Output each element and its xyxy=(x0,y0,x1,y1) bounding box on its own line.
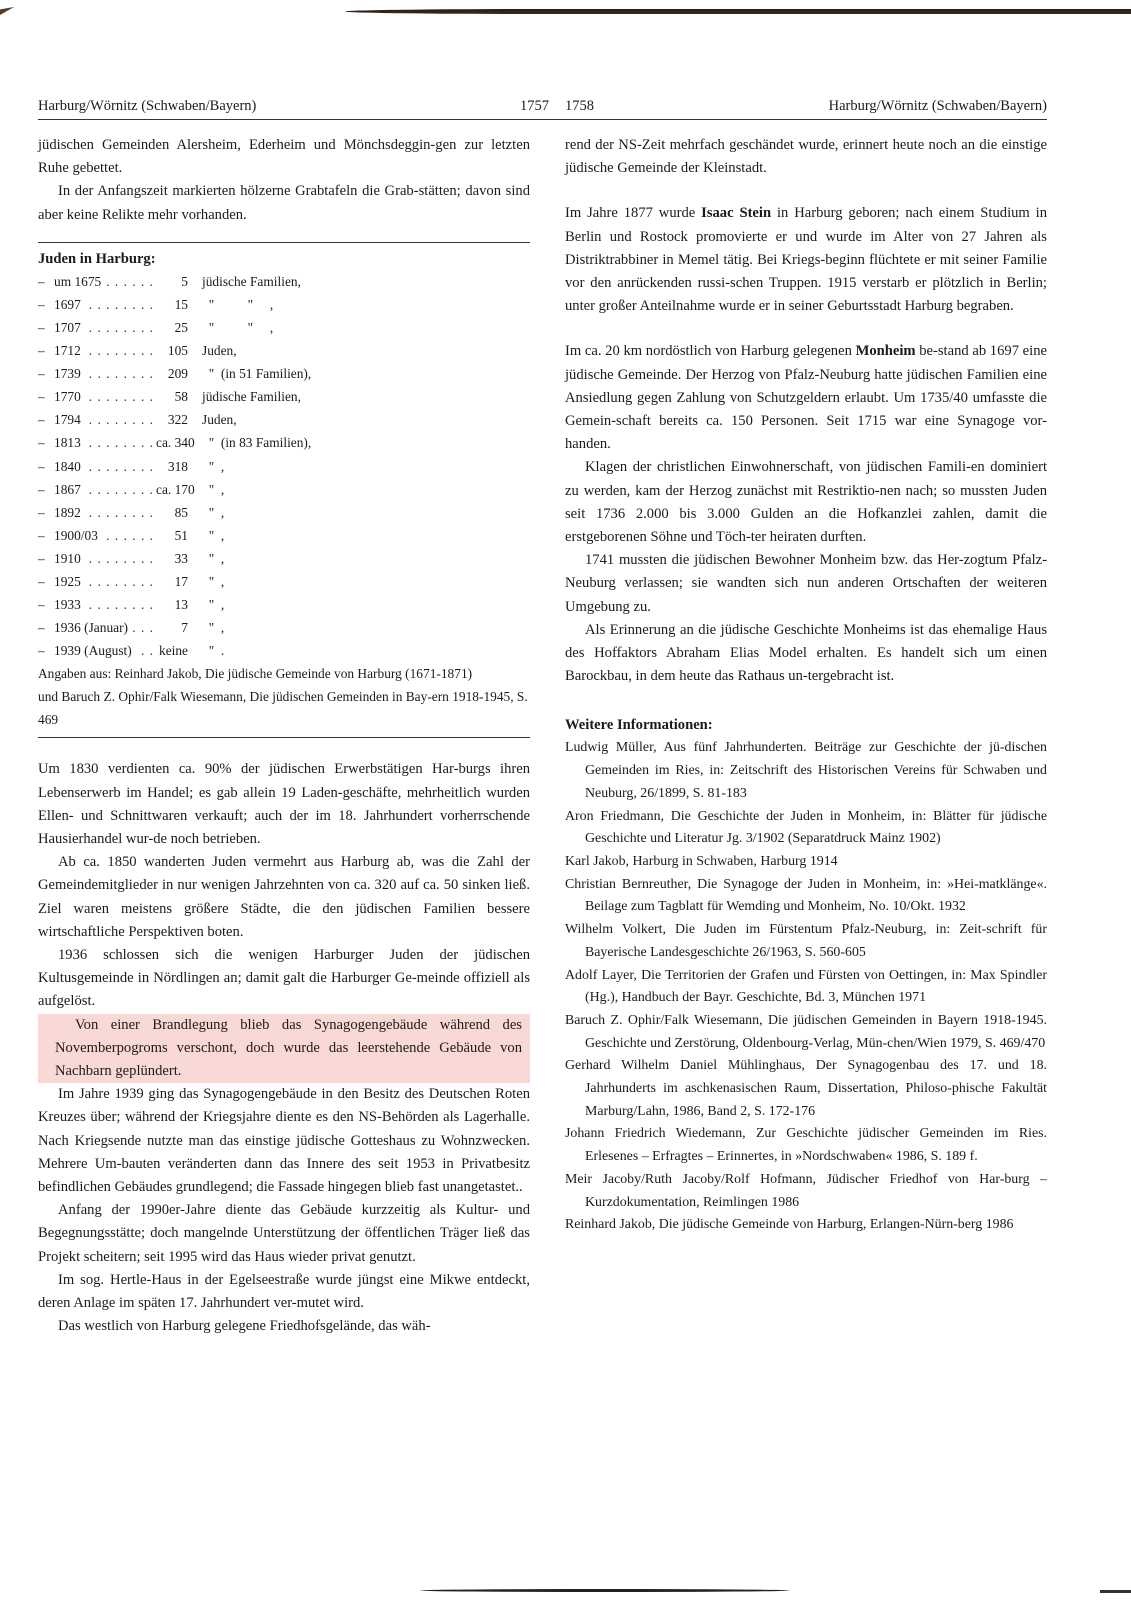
row-dash: – xyxy=(38,293,54,316)
body-column: rend der NS-Zeit mehrfach geschändet wur… xyxy=(565,134,1047,1237)
paragraph: Das westlich von Harburg gelegene Friedh… xyxy=(38,1315,530,1338)
isaac-stein-paragraph: Im Jahre 1877 wurde Isaac Stein in Harbu… xyxy=(565,202,1047,318)
stats-row: –um 16755jüdische Familien, xyxy=(38,270,530,293)
bibliography-item: Christian Bernreuther, Die Synagoge der … xyxy=(565,874,1047,919)
row-value: keine xyxy=(152,639,188,662)
stats-row: –1900/0351 " , xyxy=(38,524,530,547)
stats-row: –169715 " " , xyxy=(38,293,530,316)
stats-row: –189285 " , xyxy=(38,501,530,524)
row-description: " , xyxy=(188,501,224,524)
row-value: 322 xyxy=(152,408,188,431)
stats-row: –192517 " , xyxy=(38,570,530,593)
bibliography-item: Reinhard Jakob, Die jüdische Gemeinde vo… xyxy=(565,1214,1047,1237)
stats-title: Juden in Harburg: xyxy=(38,248,530,270)
row-value: 7 xyxy=(152,616,188,639)
bibliography-title: Weitere Informationen: xyxy=(565,714,1047,737)
row-dash: – xyxy=(38,570,54,593)
row-value: 58 xyxy=(152,385,188,408)
running-head: Harburg/Wörnitz (Schwaben/Bayern) 1757 xyxy=(38,93,583,120)
row-value: 85 xyxy=(152,501,188,524)
stats-source: Angaben aus: Reinhard Jakob, Die jüdisch… xyxy=(38,662,530,685)
row-value: 17 xyxy=(152,570,188,593)
row-dash: – xyxy=(38,431,54,454)
row-value: 25 xyxy=(152,316,188,339)
stats-row: –1739209 " (in 51 Familien), xyxy=(38,362,530,385)
row-dash: – xyxy=(38,385,54,408)
row-description: " , xyxy=(188,616,224,639)
bibliography-item: Gerhard Wilhelm Daniel Mühlinghaus, Der … xyxy=(565,1055,1047,1123)
paragraph: jüdischen Gemeinden Alersheim, Ederheim … xyxy=(38,134,530,180)
stats-table: –um 16755jüdische Familien,–169715 " " ,… xyxy=(38,270,530,663)
paragraph: 1936 schlossen sich die wenigen Harburge… xyxy=(38,944,530,1014)
stats-row: –1867ca. 170 " , xyxy=(38,478,530,501)
left-page: Harburg/Wörnitz (Schwaben/Bayern) 1757 j… xyxy=(38,93,530,1338)
paragraph: Klagen der christlichen Einwohnerschaft,… xyxy=(565,456,1047,549)
bibliography-item: Aron Friedmann, Die Geschichte der Juden… xyxy=(565,806,1047,851)
paragraph: Im Jahre 1939 ging das Synagogengebäude … xyxy=(38,1083,530,1199)
row-description: " , xyxy=(188,455,224,478)
row-value: 15 xyxy=(152,293,188,316)
body-column: jüdischen Gemeinden Alersheim, Ederheim … xyxy=(38,134,530,1338)
row-dash: – xyxy=(38,593,54,616)
row-description: " " , xyxy=(188,316,273,339)
row-value: ca. 170 xyxy=(152,478,188,501)
bibliography-item: Baruch Z. Ophir/Falk Wiesemann, Die jüdi… xyxy=(565,1010,1047,1055)
row-value: 318 xyxy=(152,455,188,478)
stats-row: –1936 (Januar)7 " , xyxy=(38,616,530,639)
paragraph: Im sog. Hertle-Haus in der Egelseestraße… xyxy=(38,1269,530,1315)
row-value: 105 xyxy=(152,339,188,362)
place-name: Monheim xyxy=(856,343,916,359)
bibliography-item: Karl Jakob, Harburg in Schwaben, Harburg… xyxy=(565,851,1047,874)
stats-row: –191033 " , xyxy=(38,547,530,570)
row-description: " . xyxy=(188,639,224,662)
row-description: " (in 83 Familien), xyxy=(188,431,311,454)
row-dash: – xyxy=(38,455,54,478)
row-value: 13 xyxy=(152,593,188,616)
paragraph: Anfang der 1990er-Jahre diente das Gebäu… xyxy=(38,1199,530,1269)
row-dash: – xyxy=(38,501,54,524)
row-description: " , xyxy=(188,547,224,570)
monheim-paragraph: Im ca. 20 km nordöstlich von Harburg gel… xyxy=(565,340,1047,456)
row-description: jüdische Familien, xyxy=(188,270,301,293)
stats-row: –1712105Juden, xyxy=(38,339,530,362)
bibliography-item: Johann Friedrich Wiedemann, Zur Geschich… xyxy=(565,1123,1047,1168)
row-value: 5 xyxy=(152,270,188,293)
paragraph: rend der NS-Zeit mehrfach geschändet wur… xyxy=(565,134,1047,180)
running-head: 1758 Harburg/Wörnitz (Schwaben/Bayern) xyxy=(555,93,1047,120)
stats-box: Juden in Harburg: –um 16755jüdische Fami… xyxy=(38,242,530,739)
bibliography-item: Ludwig Müller, Aus fünf Jahrhunderten. B… xyxy=(565,737,1047,805)
row-description: Juden, xyxy=(188,339,237,362)
row-dash: – xyxy=(38,478,54,501)
stats-row: –193313 " , xyxy=(38,593,530,616)
stats-row: –177058jüdische Familien, xyxy=(38,385,530,408)
row-dash: – xyxy=(38,270,54,293)
row-dash: – xyxy=(38,408,54,431)
person-name: Isaac Stein xyxy=(701,205,771,221)
scan-edge-shadow xyxy=(345,9,1131,14)
stats-source: und Baruch Z. Ophir/Falk Wiesemann, Die … xyxy=(38,685,530,731)
right-page: 1758 Harburg/Wörnitz (Schwaben/Bayern) r… xyxy=(565,93,1047,1237)
highlighted-paragraph: Von einer Brandlegung blieb das Synagoge… xyxy=(38,1014,530,1084)
stats-row: –1813ca. 340 " (in 83 Familien), xyxy=(38,431,530,454)
bibliography-item: Adolf Layer, Die Territorien der Grafen … xyxy=(565,965,1047,1010)
row-description: jüdische Familien, xyxy=(188,385,301,408)
row-description: " , xyxy=(188,570,224,593)
row-dash: – xyxy=(38,547,54,570)
row-value: ca. 340 xyxy=(152,431,188,454)
row-dash: – xyxy=(38,316,54,339)
bibliography-item: Wilhelm Volkert, Die Juden im Fürstentum… xyxy=(565,919,1047,964)
bibliography-item: Meir Jacoby/Ruth Jacoby/Rolf Hofmann, Jü… xyxy=(565,1169,1047,1214)
row-description: " , xyxy=(188,593,224,616)
row-dash: – xyxy=(38,524,54,547)
bibliography-list: Ludwig Müller, Aus fünf Jahrhunderten. B… xyxy=(565,737,1047,1236)
scan-edge-shadow xyxy=(0,7,14,15)
stats-row: –170725 " " , xyxy=(38,316,530,339)
row-dash: – xyxy=(38,362,54,385)
row-description: " (in 51 Familien), xyxy=(188,362,311,385)
page-number: 1758 xyxy=(565,98,594,115)
row-dash: – xyxy=(38,339,54,362)
stats-row: –1939 (August)keine " . xyxy=(38,639,530,662)
scan-edge-shadow xyxy=(420,1589,790,1592)
paragraph: 1741 mussten die jüdischen Bewohner Monh… xyxy=(565,549,1047,619)
paragraph: Ab ca. 1850 wanderten Juden vermehrt aus… xyxy=(38,851,530,944)
row-description: " , xyxy=(188,524,224,547)
row-dash: – xyxy=(38,639,54,662)
row-dash: – xyxy=(38,616,54,639)
paragraph: In der Anfangszeit markierten hölzerne G… xyxy=(38,180,530,226)
running-head-title: Harburg/Wörnitz (Schwaben/Bayern) xyxy=(38,98,256,115)
row-description: " " , xyxy=(188,293,273,316)
paragraph: Um 1830 verdienten ca. 90% der jüdischen… xyxy=(38,758,530,851)
row-description: Juden, xyxy=(188,408,237,431)
row-value: 209 xyxy=(152,362,188,385)
row-value: 51 xyxy=(152,524,188,547)
stats-row: –1794322Juden, xyxy=(38,408,530,431)
paragraph: Als Erinnerung an die jüdische Geschicht… xyxy=(565,619,1047,689)
scan-edge-shadow xyxy=(1100,1590,1131,1593)
stats-row: –1840318 " , xyxy=(38,455,530,478)
row-value: 33 xyxy=(152,547,188,570)
page-number: 1757 xyxy=(520,98,549,115)
running-head-title: Harburg/Wörnitz (Schwaben/Bayern) xyxy=(829,98,1047,115)
